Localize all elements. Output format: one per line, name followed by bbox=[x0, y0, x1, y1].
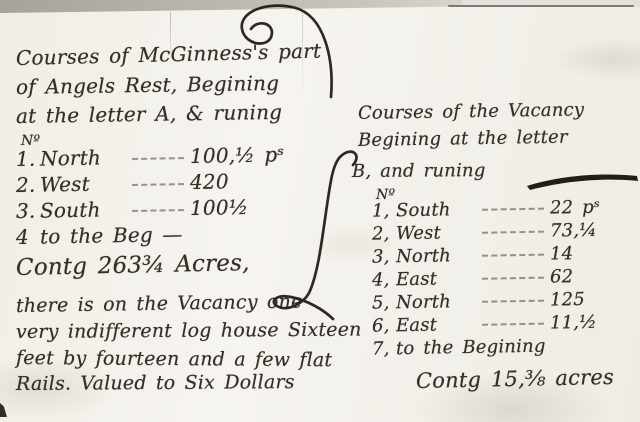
scanned-document: Courses of McGinness's part of Angels Re… bbox=[0, 0, 640, 422]
course-distance: 62 bbox=[550, 266, 574, 287]
course-distance: 73,¼ bbox=[550, 220, 597, 242]
course-direction: East bbox=[396, 313, 476, 337]
course-distance: 420 bbox=[190, 169, 229, 194]
heading-line: Begining at the letter bbox=[352, 123, 636, 154]
course-direction: East bbox=[396, 267, 476, 291]
course-number: 6, bbox=[372, 314, 396, 337]
heading-line: B, and runing bbox=[352, 156, 636, 185]
course-number: 3. bbox=[16, 198, 40, 224]
course-distance: 125 bbox=[550, 289, 585, 311]
course-distance: 11,½ bbox=[550, 312, 597, 334]
course-direction: West bbox=[40, 170, 126, 197]
course-number: 5, bbox=[372, 291, 396, 314]
course-direction: West bbox=[396, 221, 476, 245]
course-direction: to the Beg — bbox=[40, 222, 183, 248]
course-distance: 22 pˢ bbox=[550, 197, 601, 219]
course-number: 7, bbox=[372, 337, 396, 360]
course-direction: North bbox=[396, 290, 476, 314]
note-line: Rails. Valued to Six Dollars bbox=[16, 369, 328, 397]
dash-leader bbox=[482, 254, 544, 257]
heading-line: Courses of McGinness's part bbox=[16, 36, 329, 73]
dash-leader bbox=[132, 209, 184, 212]
course-number: 1, bbox=[372, 199, 396, 222]
course-direction: North bbox=[40, 144, 126, 171]
course-distance: 100,½ pˢ bbox=[190, 142, 285, 168]
course-distance: 100½ bbox=[190, 195, 249, 220]
dash-leader bbox=[482, 300, 544, 303]
note-line: there is on the Vacancy one bbox=[16, 288, 328, 319]
course-row: 7,to the Begining bbox=[352, 333, 636, 361]
course-number: 2, bbox=[372, 222, 396, 245]
course-number: 4 bbox=[16, 224, 40, 250]
acreage-total: Contg 263¾ Acres, bbox=[16, 245, 329, 284]
dash-leader bbox=[482, 323, 544, 326]
course-direction: South bbox=[396, 198, 476, 222]
course-number: 4, bbox=[372, 268, 396, 291]
course-number: 3, bbox=[372, 245, 396, 268]
acreage-total: Contg 15,⅜ acres bbox=[416, 361, 637, 396]
heading-line: at the letter A, & runing bbox=[16, 97, 328, 131]
left-survey-note: Courses of McGinness's part of Angels Re… bbox=[16, 44, 328, 397]
dash-leader bbox=[482, 208, 544, 211]
dash-leader bbox=[482, 231, 544, 234]
course-number: 2. bbox=[16, 172, 40, 198]
dash-leader bbox=[132, 157, 184, 160]
course-distance: 14 bbox=[550, 243, 574, 264]
page-fold-mark bbox=[0, 403, 7, 417]
right-survey-note: Courses of the Vacancy Begining at the l… bbox=[352, 100, 636, 396]
course-direction: to the Begining bbox=[396, 336, 546, 360]
scanner-edge-artifact bbox=[0, 0, 462, 13]
course-number: 1. bbox=[16, 146, 40, 172]
note-line: very indifferent log house Sixteen bbox=[16, 317, 328, 345]
course-row: 4to the Beg — bbox=[16, 219, 328, 250]
dash-leader bbox=[132, 183, 184, 186]
course-direction: North bbox=[396, 244, 476, 268]
course-direction: South bbox=[40, 196, 126, 223]
scanner-line-artifact bbox=[448, 5, 634, 7]
dash-leader bbox=[482, 277, 544, 280]
